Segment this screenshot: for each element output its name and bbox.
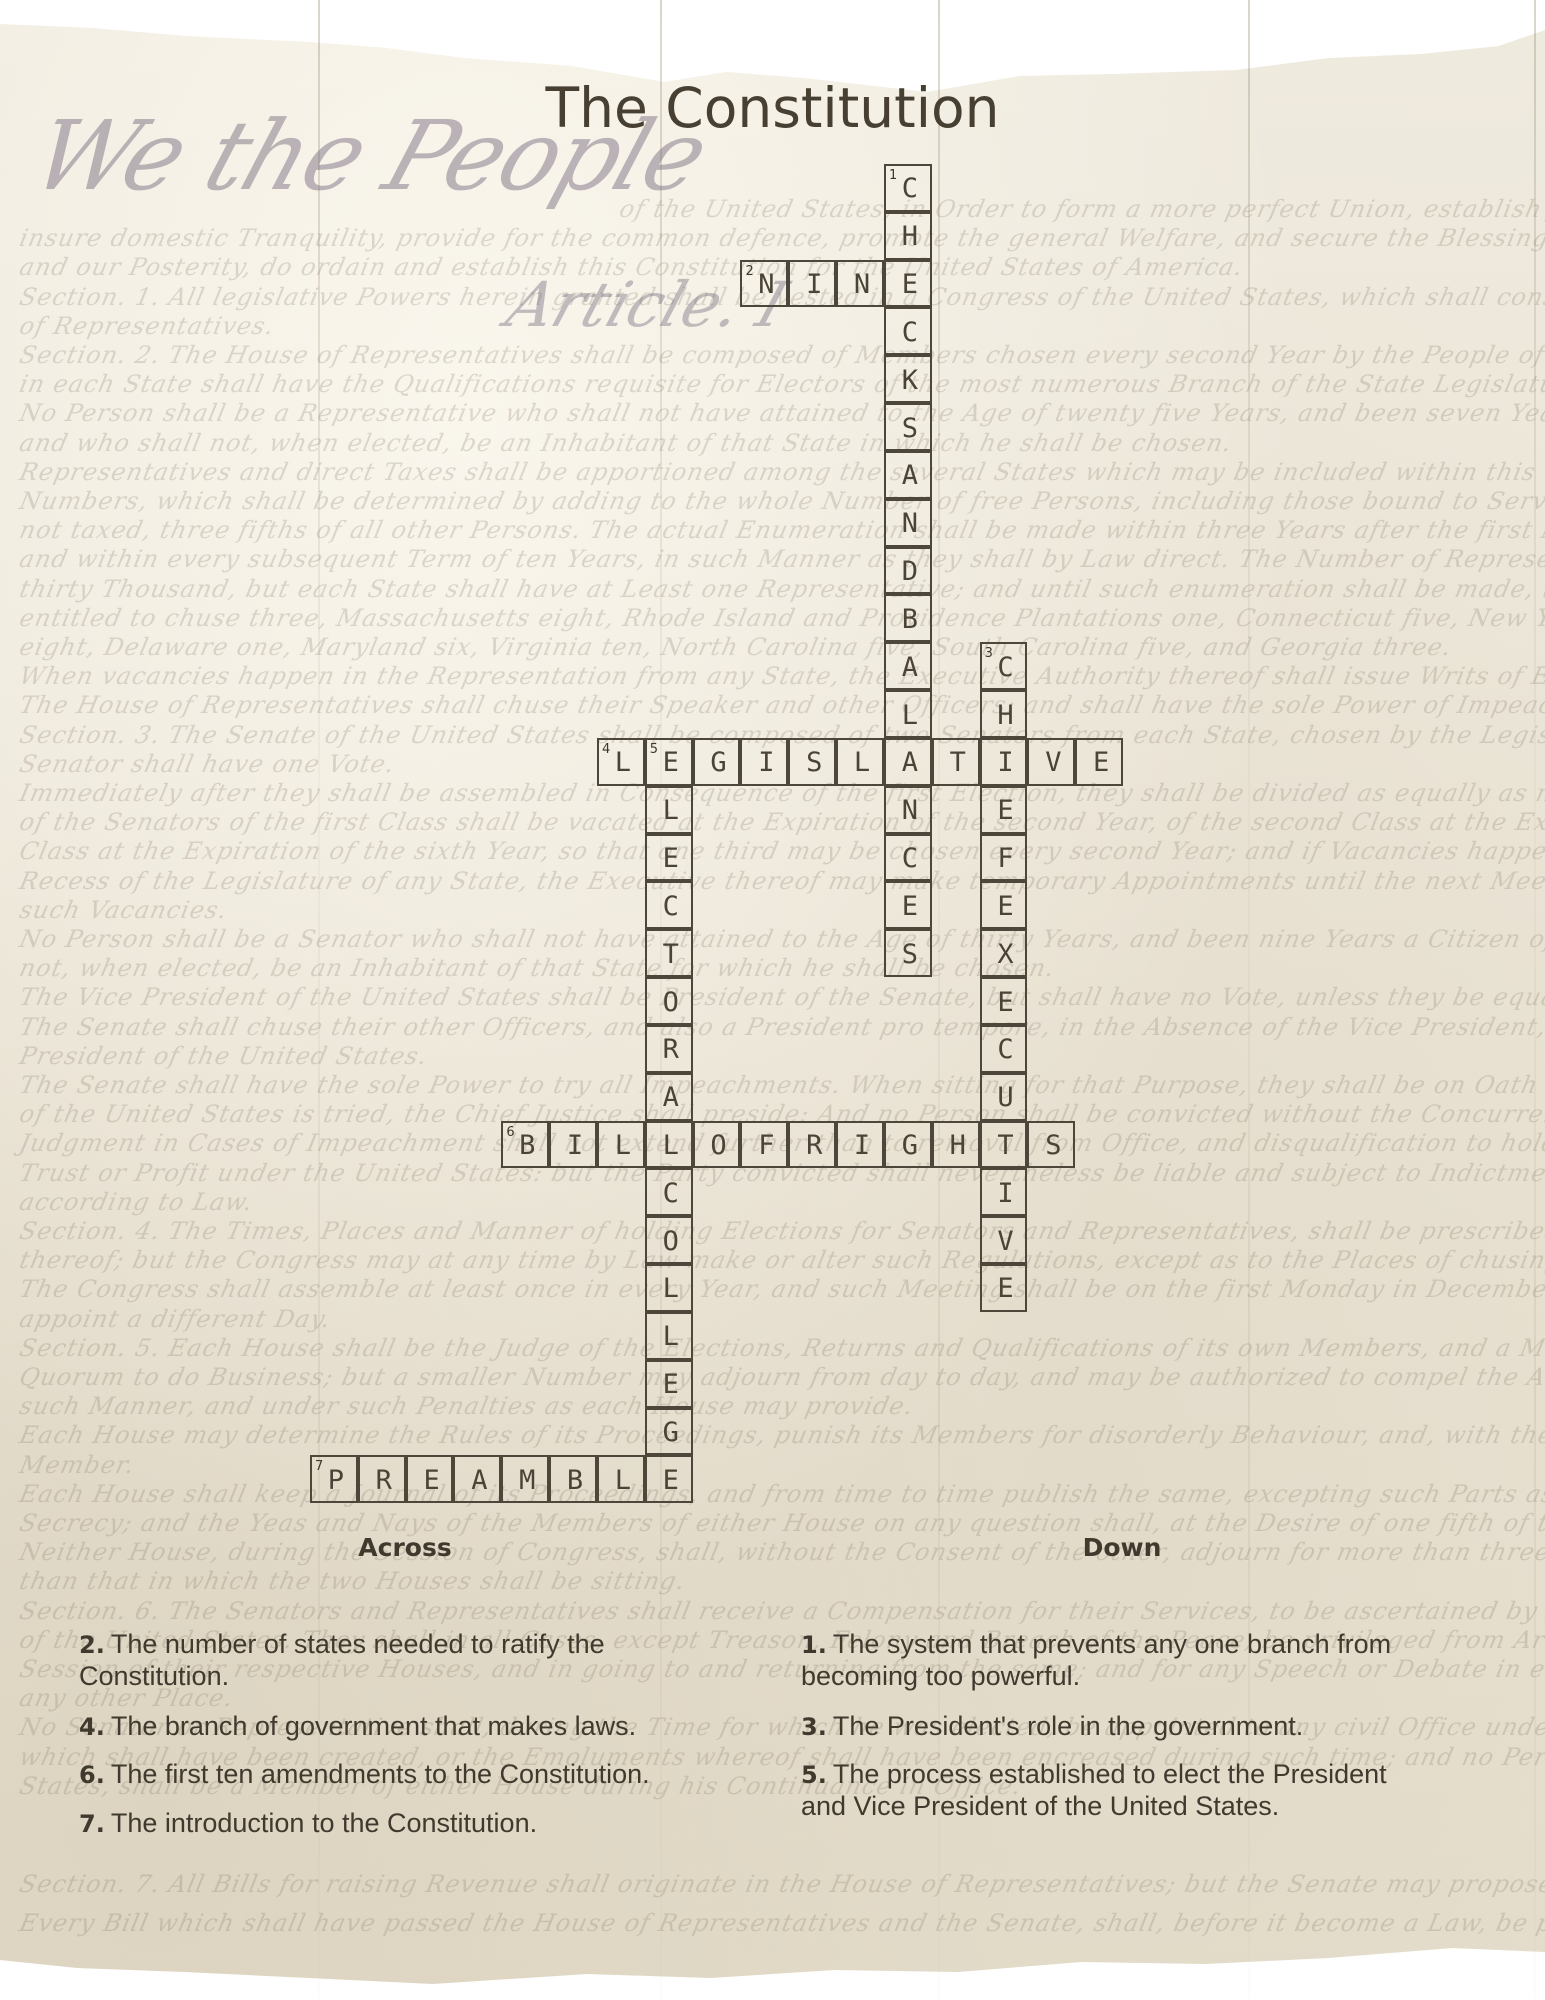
cell-letter: I — [790, 262, 834, 306]
cell-letter: I — [982, 1170, 1026, 1214]
cell-letter: F — [982, 836, 1026, 880]
crossword-cell[interactable]: R — [645, 1025, 693, 1073]
cell-letter: L — [838, 740, 882, 784]
across-clue-7: 7.The introduction to the Constitution. — [79, 1808, 779, 1840]
crossword-cell[interactable]: C — [884, 834, 932, 882]
cell-letter: S — [1029, 1123, 1073, 1167]
cell-letter: P — [312, 1457, 356, 1501]
cell-letter: F — [742, 1123, 786, 1167]
cell-letter: H — [886, 214, 930, 258]
cell-letter: E — [982, 883, 1026, 927]
crossword-cell[interactable]: V — [980, 1216, 1028, 1264]
crossword-cell[interactable]: S — [788, 738, 836, 786]
cell-letter: S — [790, 740, 834, 784]
cell-letter: E — [647, 1457, 691, 1501]
crossword-cell[interactable]: 6B — [501, 1121, 549, 1169]
crossword-cell[interactable]: L — [645, 1312, 693, 1360]
crossword-cell[interactable]: E — [980, 881, 1028, 929]
crossword-cell[interactable]: S — [884, 403, 932, 451]
crossword-cell[interactable]: U — [980, 1073, 1028, 1121]
cell-letter: N — [742, 262, 786, 306]
crossword-cell[interactable]: E — [645, 834, 693, 882]
cell-letter: O — [647, 979, 691, 1023]
crossword-cell[interactable]: T — [980, 1121, 1028, 1169]
clue-text: The introduction to the Constitution. — [111, 1808, 537, 1838]
cell-letter: S — [886, 931, 930, 975]
crossword-cell[interactable]: I — [788, 260, 836, 308]
crossword-cell[interactable]: A — [884, 738, 932, 786]
cell-letter: A — [647, 1075, 691, 1119]
clue-number: 1. — [801, 1631, 827, 1659]
across-clue-6: 6.The first ten amendments to the Consti… — [79, 1759, 799, 1791]
cell-letter: I — [551, 1123, 595, 1167]
cell-letter: B — [503, 1123, 547, 1167]
across-clue-4: 4.The branch of government that makes la… — [79, 1711, 779, 1743]
crossword-cell[interactable]: E — [980, 977, 1028, 1025]
cell-letter: L — [886, 692, 930, 736]
crossword-cell[interactable]: 5E — [645, 738, 693, 786]
crossword-cell[interactable]: X — [980, 929, 1028, 977]
cell-letter: T — [982, 1123, 1026, 1167]
crossword-cell[interactable]: N — [884, 499, 932, 547]
cell-letter: T — [647, 931, 691, 975]
cell-letter: M — [503, 1457, 547, 1501]
crossword-cell[interactable]: H — [884, 212, 932, 260]
clue-text-continued: Constitution. — [79, 1661, 229, 1691]
cell-letter: L — [647, 788, 691, 832]
crossword-cell[interactable]: L — [645, 786, 693, 834]
crossword-cell[interactable]: A — [453, 1455, 501, 1503]
crossword-cell[interactable]: V — [1027, 738, 1075, 786]
cell-letter: N — [886, 501, 930, 545]
down-clue-3: 3.The President's role in the government… — [801, 1711, 1521, 1743]
crossword-cell[interactable]: K — [884, 355, 932, 403]
cell-letter: E — [982, 788, 1026, 832]
crossword-cell[interactable]: O — [645, 1216, 693, 1264]
crossword-cell[interactable]: L — [836, 738, 884, 786]
down-heading: Down — [972, 1533, 1272, 1562]
crossword-cell[interactable]: H — [980, 690, 1028, 738]
crossword-cell[interactable]: I — [836, 1121, 884, 1169]
crossword-cell[interactable]: N — [884, 786, 932, 834]
crossword-cell[interactable]: O — [693, 1121, 741, 1169]
crossword-cell[interactable]: L — [884, 690, 932, 738]
cell-letter: L — [599, 1123, 643, 1167]
cell-letter: H — [982, 692, 1026, 736]
cell-letter: L — [599, 1457, 643, 1501]
crossword-cell[interactable]: T — [932, 738, 980, 786]
crossword-cell[interactable]: R — [788, 1121, 836, 1169]
cell-letter: L — [647, 1266, 691, 1310]
crossword-cell[interactable]: E — [406, 1455, 454, 1503]
clue-number: 5. — [801, 1761, 827, 1789]
crossword-cell[interactable]: N — [836, 260, 884, 308]
cell-letter: U — [982, 1075, 1026, 1119]
cell-letter: D — [886, 549, 930, 593]
crossword-cell[interactable]: 2N — [740, 260, 788, 308]
cell-letter: E — [886, 883, 930, 927]
crossword-cell[interactable]: F — [740, 1121, 788, 1169]
crossword-cell[interactable]: E — [645, 1360, 693, 1408]
crossword-cell[interactable]: C — [884, 307, 932, 355]
crossword-cell[interactable]: G — [884, 1121, 932, 1169]
cell-letter: T — [934, 740, 978, 784]
down-clue-5: 5.The process established to elect the P… — [801, 1759, 1521, 1822]
cell-letter: A — [886, 453, 930, 497]
crossword-cell[interactable]: E — [980, 786, 1028, 834]
clue-text: The number of states needed to ratify th… — [111, 1629, 605, 1659]
clue-text-continued: becoming too powerful. — [801, 1661, 1080, 1691]
cell-letter: N — [838, 262, 882, 306]
cell-letter: L — [647, 1314, 691, 1358]
cell-letter: O — [647, 1218, 691, 1262]
cell-letter: K — [886, 357, 930, 401]
clue-number: 6. — [79, 1761, 105, 1789]
cell-letter: E — [647, 740, 691, 784]
across-heading: Across — [255, 1533, 555, 1562]
clue-number: 2. — [79, 1631, 105, 1659]
crossword-cell[interactable]: I — [980, 1168, 1028, 1216]
clue-number: 4. — [79, 1713, 105, 1741]
crossword-cell[interactable]: S — [884, 929, 932, 977]
cell-letter: H — [934, 1123, 978, 1167]
cell-letter: R — [360, 1457, 404, 1501]
cell-letter: G — [647, 1410, 691, 1454]
cell-letter: S — [886, 405, 930, 449]
cell-letter: B — [551, 1457, 595, 1501]
crossword-cell[interactable]: E — [980, 1264, 1028, 1312]
down-clue-1: 1.The system that prevents any one branc… — [801, 1629, 1521, 1692]
cell-letter: G — [886, 1123, 930, 1167]
cell-letter: I — [838, 1123, 882, 1167]
cell-letter: C — [886, 836, 930, 880]
crossword-cell[interactable]: B — [884, 594, 932, 642]
crossword-cell[interactable]: I — [549, 1121, 597, 1169]
crossword-cell[interactable]: 7P — [310, 1455, 358, 1503]
crossword-cell[interactable]: E — [884, 260, 932, 308]
crossword-cell[interactable]: B — [549, 1455, 597, 1503]
clue-text: The President's role in the government. — [833, 1711, 1303, 1741]
cell-letter: O — [695, 1123, 739, 1167]
cell-letter: C — [647, 883, 691, 927]
cell-letter: E — [647, 1362, 691, 1406]
crossword-cell[interactable]: 3C — [980, 642, 1028, 690]
crossword-cell[interactable]: L — [597, 1455, 645, 1503]
cell-letter: E — [886, 262, 930, 306]
cell-letter: C — [647, 1170, 691, 1214]
crossword-cell[interactable]: R — [358, 1455, 406, 1503]
crossword-cell[interactable]: 4L — [597, 738, 645, 786]
crossword-cell[interactable]: 1C — [884, 164, 932, 212]
cell-letter: A — [886, 740, 930, 784]
crossword-cell[interactable]: A — [884, 451, 932, 499]
cell-letter: C — [982, 644, 1026, 688]
crossword-grid: 1CHECKSANDBALANCES2NIN3CHIEFEXECUTIVE4L5… — [0, 0, 1545, 2000]
crossword-cell[interactable]: G — [645, 1408, 693, 1456]
cell-letter: R — [647, 1027, 691, 1071]
cell-letter: L — [647, 1123, 691, 1167]
clue-number: 3. — [801, 1713, 827, 1741]
crossword-cell[interactable]: E — [884, 881, 932, 929]
cell-letter: V — [1029, 740, 1073, 784]
cell-letter: A — [455, 1457, 499, 1501]
crossword-cell[interactable]: I — [740, 738, 788, 786]
crossword-cell[interactable]: E — [1075, 738, 1123, 786]
cell-letter: I — [982, 740, 1026, 784]
crossword-cell[interactable]: L — [597, 1121, 645, 1169]
cell-letter: C — [886, 166, 930, 210]
across-clue-2: 2.The number of states needed to ratify … — [79, 1629, 779, 1692]
crossword-cell[interactable]: G — [693, 738, 741, 786]
crossword-cell[interactable]: M — [501, 1455, 549, 1503]
crossword-cell[interactable]: S — [1027, 1121, 1075, 1169]
crossword-cell[interactable]: L — [645, 1264, 693, 1312]
crossword-cell[interactable]: E — [645, 1455, 693, 1503]
clue-text: The branch of government that makes laws… — [111, 1711, 636, 1741]
cell-letter: V — [982, 1218, 1026, 1262]
cell-letter: G — [695, 740, 739, 784]
crossword-cell[interactable]: O — [645, 977, 693, 1025]
cell-letter: E — [982, 979, 1026, 1023]
cell-letter: E — [408, 1457, 452, 1501]
clue-text: The system that prevents any one branch … — [833, 1629, 1391, 1659]
clue-number: 7. — [79, 1810, 105, 1838]
cell-letter: E — [982, 1266, 1026, 1310]
crossword-cell[interactable]: C — [645, 1168, 693, 1216]
cell-letter: B — [886, 596, 930, 640]
crossword-cell[interactable]: C — [980, 1025, 1028, 1073]
crossword-cell[interactable]: L — [645, 1121, 693, 1169]
crossword-cell[interactable]: A — [645, 1073, 693, 1121]
crossword-cell[interactable]: F — [980, 834, 1028, 882]
clue-text-continued: and Vice President of the United States. — [801, 1791, 1279, 1821]
crossword-cell[interactable]: I — [980, 738, 1028, 786]
cell-letter: C — [982, 1027, 1026, 1071]
crossword-cell[interactable]: C — [645, 881, 693, 929]
cell-letter: L — [599, 740, 643, 784]
clue-text: The first ten amendments to the Constitu… — [111, 1759, 650, 1789]
cell-letter: C — [886, 309, 930, 353]
cell-letter: E — [647, 836, 691, 880]
crossword-cell[interactable]: D — [884, 547, 932, 595]
clue-text: The process established to elect the Pre… — [833, 1759, 1387, 1789]
cell-letter: X — [982, 931, 1026, 975]
crossword-cell[interactable]: T — [645, 929, 693, 977]
cell-letter: N — [886, 788, 930, 832]
cell-letter: I — [742, 740, 786, 784]
cell-letter: R — [790, 1123, 834, 1167]
cell-letter: E — [1077, 740, 1121, 784]
cell-letter: A — [886, 644, 930, 688]
crossword-cell[interactable]: A — [884, 642, 932, 690]
crossword-cell[interactable]: H — [932, 1121, 980, 1169]
